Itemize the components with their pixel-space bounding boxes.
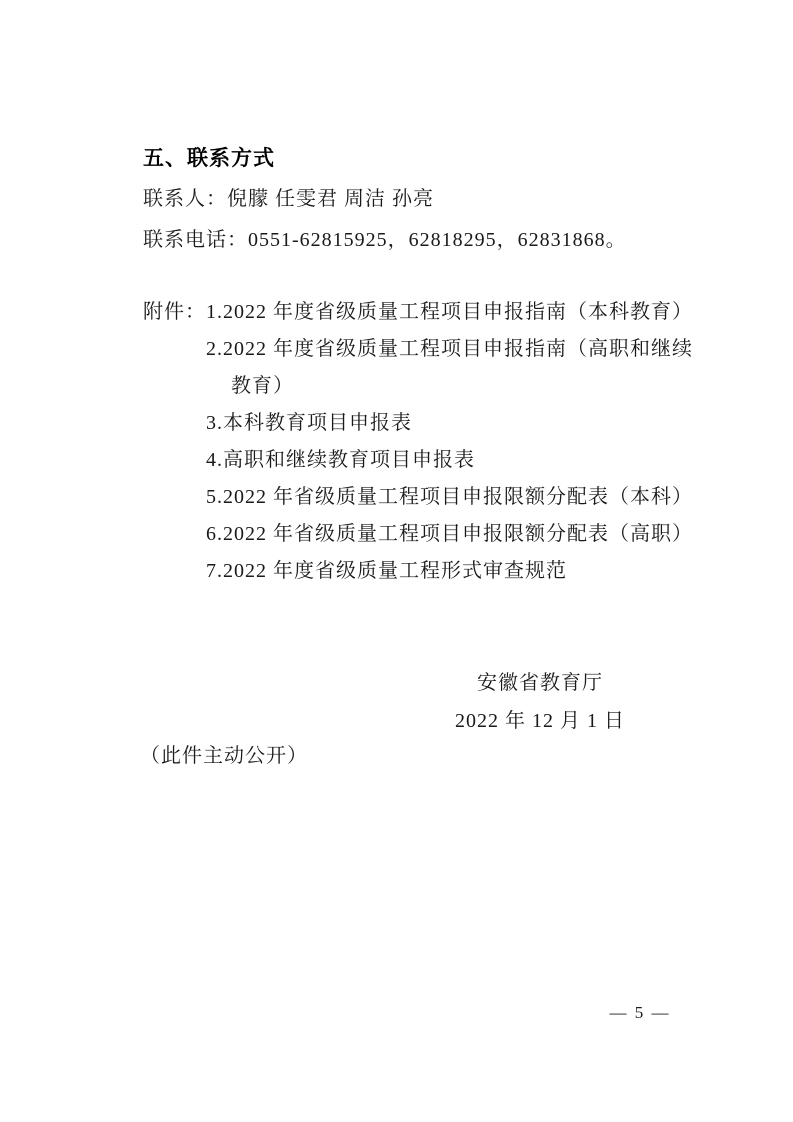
issue-date: 2022 年 12 月 1 日 [410,702,670,740]
contact-section: 五、联系方式 联系人：倪朦 任雯君 周洁 孙亮 联系电话：0551-628159… [143,138,627,261]
attachment-line: 7.2022 年度省级质量工程形式审查规范 [206,553,693,590]
page-number: — 5 — [585,1002,695,1024]
signature-block: 安徽省教育厅 2022 年 12 月 1 日 [410,664,670,740]
attachment-line: 2.2022 年度省级质量工程项目申报指南（高职和继续 [206,331,693,368]
disclosure-note: （此件主动公开） [140,737,308,775]
attachment-line: 6.2022 年省级质量工程项目申报限额分配表（高职） [206,516,693,553]
section-heading: 五、联系方式 [143,138,627,179]
attachment-line: 1.2022 年度省级质量工程项目申报指南（本科教育） [206,294,693,331]
contact-person-label: 联系人： [143,188,227,210]
contact-phone-numbers: 0551-62815925，62818295，62831868。 [248,229,627,251]
attachment-line: 3.本科教育项目申报表 [206,405,693,442]
attachment-line: 4.高职和继续教育项目申报表 [206,442,693,479]
attachment-line: 5.2022 年省级质量工程项目申报限额分配表（本科） [206,479,693,516]
contact-person-names: 倪朦 任雯君 周洁 孙亮 [227,188,434,210]
issuer-name: 安徽省教育厅 [410,664,670,702]
contact-phone-line: 联系电话：0551-62815925，62818295，62831868。 [143,220,627,261]
attachments-label: 附件： [143,294,206,331]
contact-phone-label: 联系电话： [143,229,248,251]
attachments-section: 附件： 1.2022 年度省级质量工程项目申报指南（本科教育）2.2022 年度… [143,294,693,590]
document-page: 五、联系方式 联系人：倪朦 任雯君 周洁 孙亮 联系电话：0551-628159… [0,0,793,1122]
contact-person-line: 联系人：倪朦 任雯君 周洁 孙亮 [143,179,627,220]
attachments-list: 1.2022 年度省级质量工程项目申报指南（本科教育）2.2022 年度省级质量… [206,294,693,590]
attachment-line: 教育） [206,368,693,405]
